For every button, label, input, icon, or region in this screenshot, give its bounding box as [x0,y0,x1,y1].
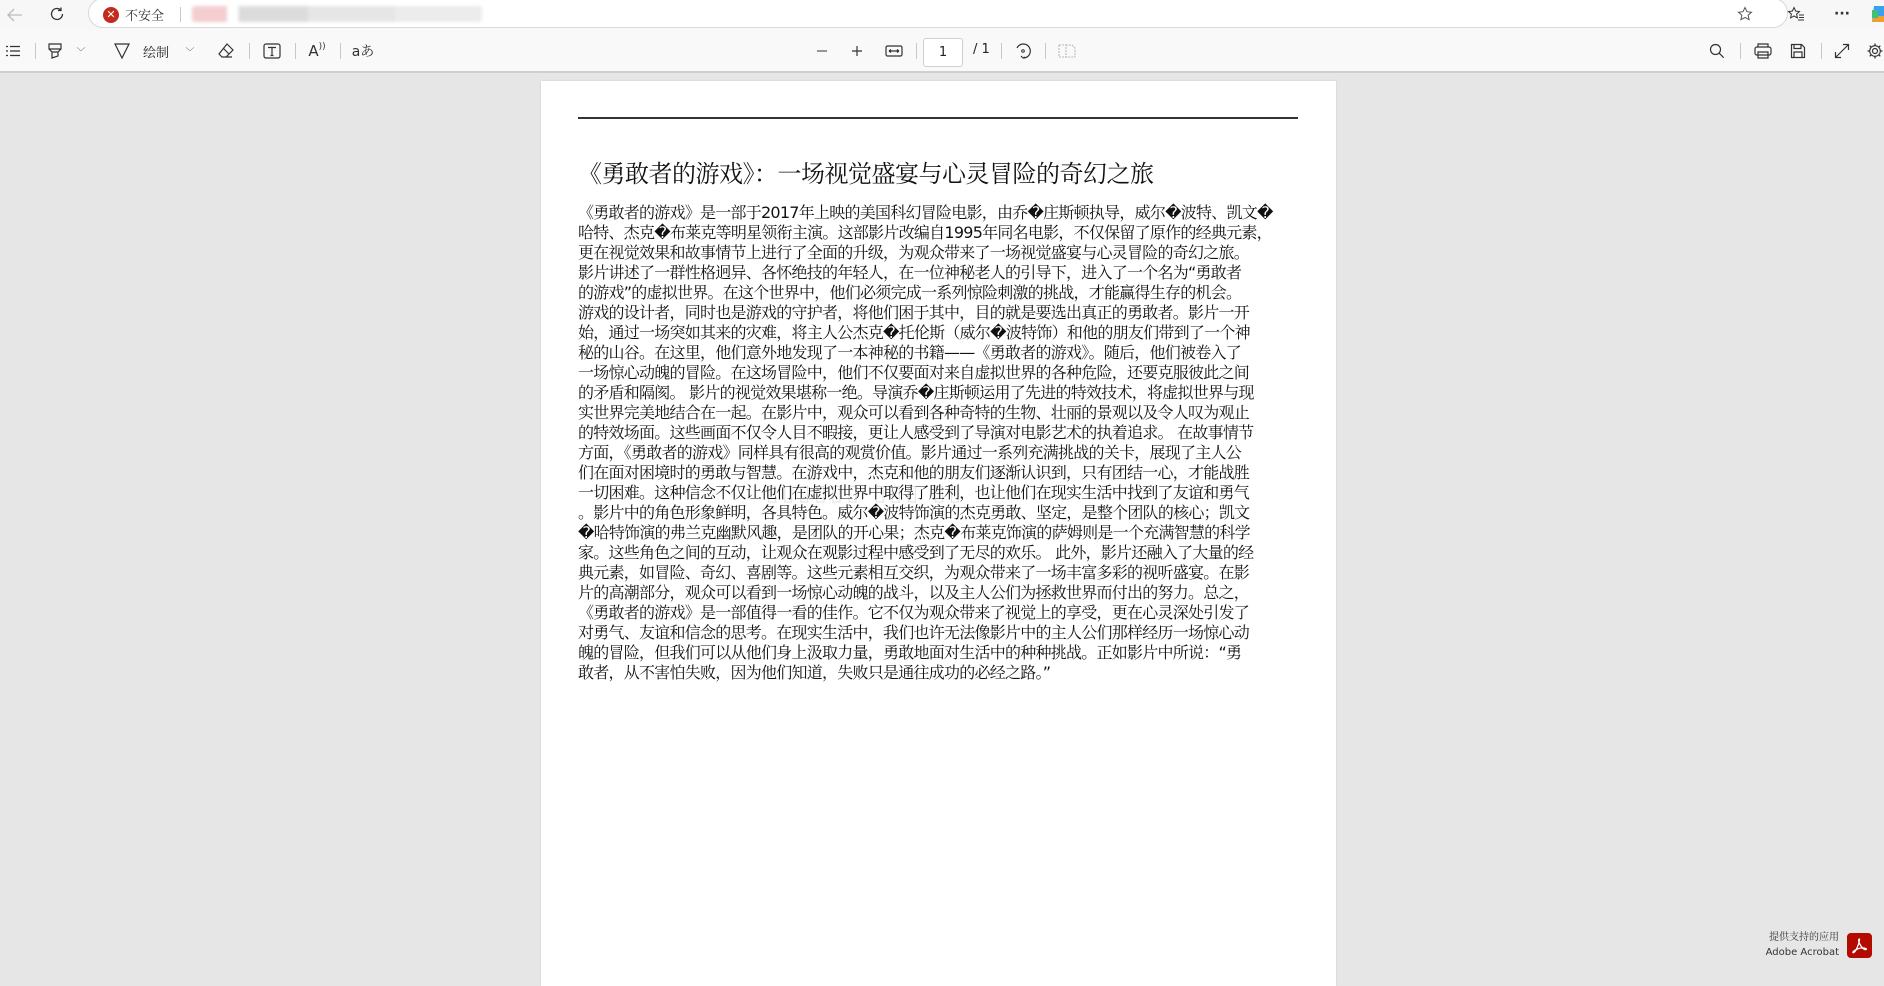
print-icon[interactable] [1752,41,1774,61]
page-view-icon[interactable] [1056,41,1078,61]
body-line: 影片讲述了一群性格迥异、各怀绝技的年轻人，在一位神秘老人的引导下，进入了一个名为… [578,263,1300,283]
acrobat-badge-text: 提供支持的应用 Adobe Acrobat [1766,930,1839,960]
body-line: 典元素，如冒险、奇幻、喜剧等。这些元素相互交织，为观众带来了一场丰富多彩的视听盛… [578,563,1300,583]
read-aloud-label: A [308,42,318,60]
body-line: 敢者，从不害怕失败，因为他们知道，失败只是通往成功的必经之路。” [578,663,1300,683]
body-line: 魄的冒险，但我们可以从他们身上汲取力量，勇敢地面对生活中的种种挑战。正如影片中所… [578,643,1300,663]
translate-label: aあ [352,41,375,61]
body-line: 更在视觉效果和故事情节上进行了全面的升级，为观众带来了一场视觉盛宴与心灵冒险的奇… [578,243,1300,263]
body-line: 《勇敢者的游戏》是一部于2017年上映的美国科幻冒险电影，由乔�庄斯顿执导，威尔… [578,203,1300,223]
browser-bar: ✕ 不安全 ··· [0,0,1884,29]
body-line: 方面，《勇敢者的游戏》同样具有很高的观赏价值。影片通过一系列充满挑战的关卡，展现… [578,443,1300,463]
fullscreen-icon[interactable] [1832,41,1852,61]
contents-icon[interactable] [3,41,23,61]
save-icon[interactable] [1788,41,1808,61]
insecure-icon: ✕ [103,7,119,23]
powered-by-label: 提供支持的应用 [1766,930,1839,945]
body-line: 秘的山谷。在这里，他们意外地发现了一本神秘的书籍——《勇敢者的游戏》。随后，他们… [578,343,1300,363]
body-line: 游戏的设计者，同时也是游戏的守护者，将他们困于其中，目的就是要选出真正的勇敢者。… [578,303,1300,323]
body-line: 始，通过一场突如其来的灾难，将主人公杰克�托伦斯（威尔�波特饰）和他的朋友们带到… [578,323,1300,343]
divider [916,43,917,59]
divider [35,43,36,59]
pdf-page: 《勇敢者的游戏》：一场视觉盛宴与心灵冒险的奇幻之旅 《勇敢者的游戏》是一部于20… [541,81,1336,986]
highlight-options-chevron-icon[interactable]: ﹀ [74,41,88,61]
body-line: 。影片中的角色形象鲜明，各具特色。威尔�波特饰演的杰克勇敢、坚定，是整个团队的核… [578,503,1300,523]
page-total: / 1 [973,42,990,57]
body-line: 一切困难。这种信念不仅让他们在虚拟世界中取得了胜利，也让他们在现实生活中找到了友… [578,483,1300,503]
divider [295,43,296,59]
copilot-icon[interactable] [1870,4,1884,24]
more-icon[interactable]: ··· [1831,3,1853,25]
read-aloud-icon[interactable]: A)) [306,41,328,61]
body-line: 一场惊心动魄的冒险。在这场冒险中，他们不仅要面对来自虚拟世界的各种危险，还要克服… [578,363,1300,383]
adobe-acrobat-logo-icon [1847,933,1872,958]
body-line: 的矛盾和隔阂。 影片的视觉效果堪称一绝。导演乔�庄斯顿运用了先进的特效技术，将虚… [578,383,1300,403]
divider [180,7,181,22]
text-box-icon[interactable] [262,41,282,61]
reload-icon[interactable] [46,3,68,25]
divider [340,43,341,59]
acrobat-label: Adobe Acrobat [1766,945,1839,960]
url-text-redacted[interactable] [192,6,482,22]
body-line: 《勇敢者的游戏》是一部值得一看的佳作。它不仅为观众带来了视觉上的享受，更在心灵深… [578,603,1300,623]
security-indicator[interactable]: ✕ 不安全 [103,5,164,24]
back-icon[interactable] [4,4,26,26]
zoom-out-icon[interactable] [812,41,832,61]
draw-label[interactable]: 绘制 [143,42,169,61]
body-line: 的游戏”的虚拟世界。在这个世界中，他们必须完成一系列惊险刺激的挑战，才能赢得生存… [578,283,1300,303]
draw-icon[interactable] [112,41,132,61]
body-line: �哈特饰演的弗兰克幽默风趣，是团队的开心果；杰克�布莱克饰演的萨姆则是一个充满智… [578,523,1300,543]
header-rule [578,117,1298,119]
body-line: 的特效场面。这些画面不仅令人目不暇接，更让人感受到了导演对电影艺术的执着追求。 … [578,423,1300,443]
rotate-icon[interactable] [1012,41,1034,61]
erase-icon[interactable] [216,41,236,61]
search-icon[interactable] [1707,41,1727,61]
body-line: 哈特、杰克�布莱克等明星领衔主演。这部影片改编自1995年同名电影，不仅保留了原… [578,223,1300,243]
fit-width-icon[interactable] [883,41,905,61]
page-number-input[interactable]: 1 [923,38,963,67]
document-body: 《勇敢者的游戏》是一部于2017年上映的美国科幻冒险电影，由乔�庄斯顿执导，威尔… [578,203,1300,683]
favorite-star-icon[interactable] [1734,3,1756,25]
body-line: 家。这些角色之间的互动，让观众在观影过程中感受到了无尽的欢乐。 此外，影片还融入… [578,543,1300,563]
divider [1821,43,1822,59]
translate-icon[interactable]: aあ [350,41,376,61]
body-line: 实世界完美地结合在一起。在影片中，观众可以看到各种奇特的生物、壮丽的景观以及令人… [578,403,1300,423]
divider [1001,43,1002,59]
divider [249,43,250,59]
document-title: 《勇敢者的游戏》：一场视觉盛宴与心灵冒险的奇幻之旅 [578,154,1154,189]
security-label: 不安全 [125,5,164,24]
favorites-list-icon[interactable] [1785,3,1807,25]
acrobat-badge[interactable]: 提供支持的应用 Adobe Acrobat [1766,930,1872,960]
settings-icon[interactable] [1866,41,1884,61]
body-line: 们在面对困境时的勇敢与智慧。在游戏中，杰克和他的朋友们逐渐认识到，只有团结一心，… [578,463,1300,483]
highlight-icon[interactable] [45,41,65,61]
body-line: 对勇气、友谊和信念的思考。在现实生活中，我们也许无法像影片中的主人公们那样经历一… [578,623,1300,643]
body-line: 片的高潮部分，观众可以看到一场惊心动魄的战斗，以及主人公们为拯救世界而付出的努力… [578,583,1300,603]
divider [1740,43,1741,59]
divider [1045,43,1046,59]
draw-options-chevron-icon[interactable]: ﹀ [183,41,197,61]
zoom-in-icon[interactable] [847,41,867,61]
